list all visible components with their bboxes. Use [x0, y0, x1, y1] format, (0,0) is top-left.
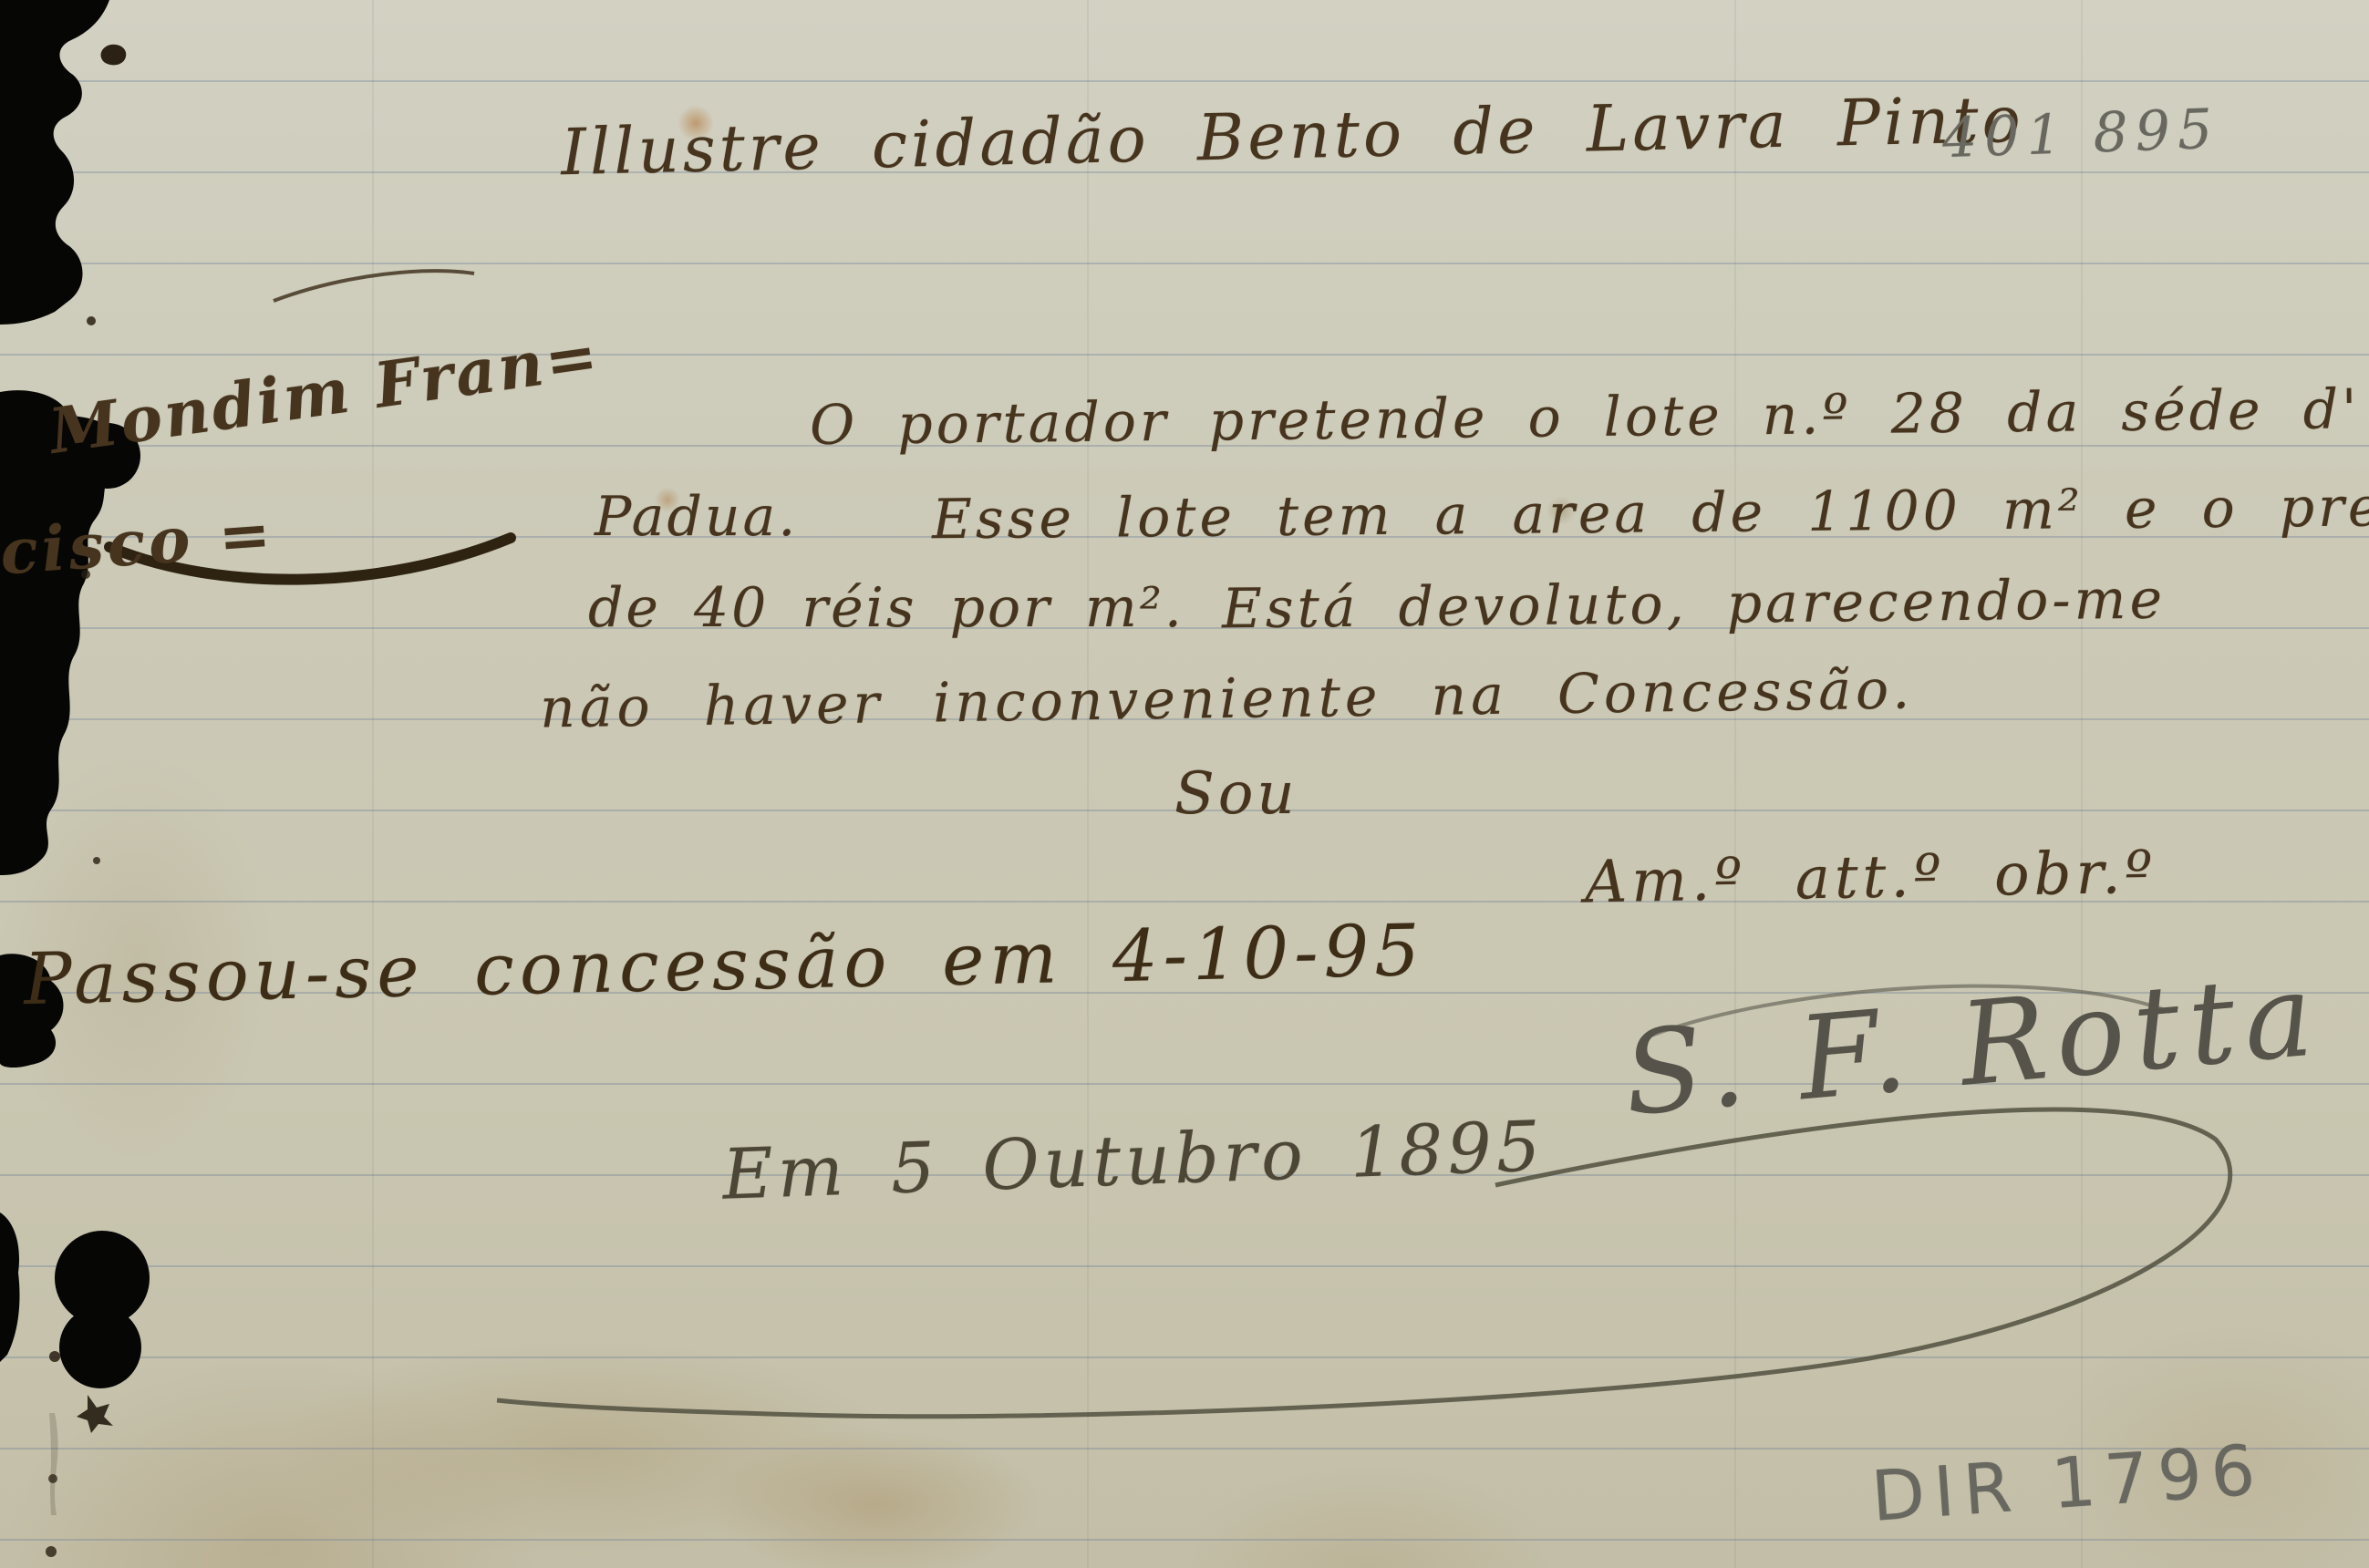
concession-note: Passou-se concessão em 4-10-95 — [23, 910, 1425, 1021]
body-line-4: não haver inconveniente na Concessão. — [540, 657, 1915, 740]
margin-note-line-1: Mondim Fran= — [45, 319, 605, 469]
archival-number-pencil: 401 895 — [1941, 98, 2220, 171]
closing-word: Sou — [1174, 760, 1298, 828]
body-line-3: Está devoluto, parecendo-me — [1222, 568, 2167, 642]
closing-formula: Am.º att.º obr.º — [1584, 840, 2157, 917]
dateline: Em 5 Outubro 1895 — [721, 1105, 1547, 1214]
body-line-2: Esse lote tem a area de 1100 m² e o preç… — [932, 475, 2369, 552]
paper-crease — [1087, 0, 1089, 1568]
torn-edge-left — [0, 0, 237, 1568]
archival-code-pencil: DIR 1796 — [1868, 1429, 2266, 1537]
signature: S. F. Rotta — [1619, 947, 2327, 1141]
margin-entry-stroke — [274, 271, 474, 301]
paper-crease — [2081, 0, 2083, 1568]
paper-crease — [372, 0, 374, 1568]
margin-note-line-2: cisco = — [0, 498, 276, 590]
salutation-line: Illustre cidadão Bento de Lavra Pinto — [560, 82, 2024, 190]
body-line-1: O portador pretende o lote n.º 28 da séd… — [810, 376, 2369, 458]
paper-crease — [1734, 0, 1736, 1568]
body-line-3-lead: de 40 réis por m². — [588, 576, 1184, 640]
body-line-2-lead: Padua. — [595, 485, 798, 549]
scanned-letter-page: Illustre cidadão Bento de Lavra Pinto 40… — [0, 0, 2369, 1568]
